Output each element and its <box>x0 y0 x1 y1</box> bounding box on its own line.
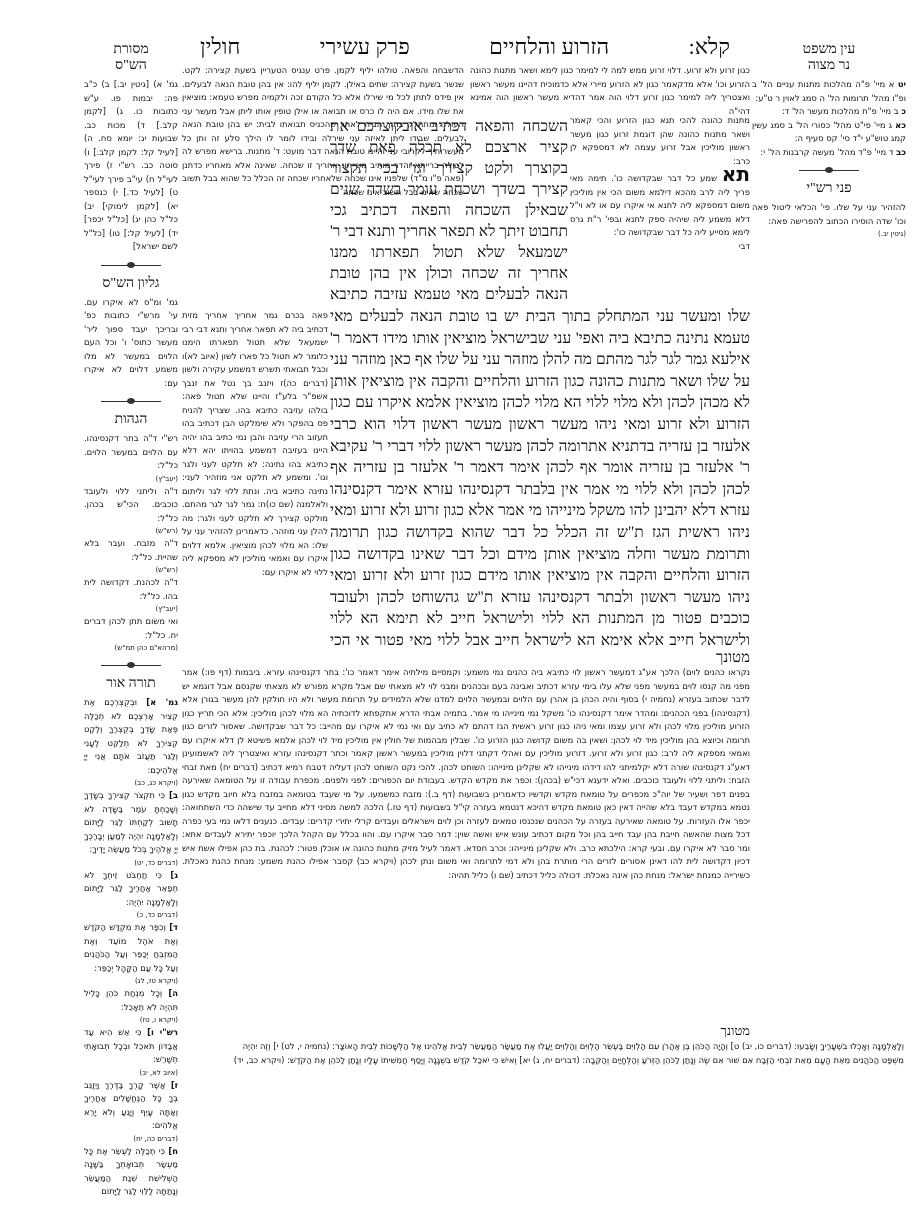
title-line: מסורת <box>84 42 178 58</box>
chapter-number: פרק עשירי <box>310 34 420 60</box>
tosafot-top: כגון זרוע ולא זרוע. דלוי זרוע ממש למה לי… <box>470 64 750 114</box>
ein-mishpat-entry: כ ב מיי' פ"ח מהלכות מעשר הל' ד: <box>752 105 906 119</box>
verse-text: כִּי תַחְבֹּט זֵיתְךָ לֹא תְפַאֵר אַחֲרֶ… <box>84 870 178 907</box>
verse-text: וּבְקֻצְרְכֶם אֶת קְצִיר אַרְצְכֶם לֹא ת… <box>84 697 178 775</box>
verse-text: אֲשֶׁר קָרְךָ בַּדֶּרֶךְ וַיְזַנֵּב בְּך… <box>84 1080 178 1131</box>
dibbur-hamatchil: תא <box>722 162 750 186</box>
verse-source: (ויקרא ו, טז) <box>84 1014 178 1026</box>
hagahot-source: (יעב"ץ) <box>84 603 178 615</box>
hagahot-entry: ד"ה לכהנת. דקדושה לית בהו. כל"ל:(יעב"ץ) <box>84 576 178 615</box>
entry-text: ד מיי' פ"ד מהל' מעשה קרבנות הל' י: <box>760 147 893 157</box>
hagahot-entry: רש"י ד"ה בתר דקנסינהו. עם הלוים במעשר הל… <box>84 432 178 485</box>
pnei-rashi-text: להזהיר עני על שלו. פי' הכלאי ליטול פאה ו… <box>752 201 906 228</box>
verse-text: וְכִפֶּר אֶת מִקְדַּשׁ הַקֹּדֶשׁ וְאֶת א… <box>84 922 178 973</box>
verse-mark: רש"י ו] <box>147 1027 178 1037</box>
footer-line: מִשְׁפַּט הַכֹּהֲנִים מֵאֵת הָעָם מֵאֵת … <box>84 1054 904 1068</box>
tosafot-side: מתנות כהונה להכי תנא כגון הזרוע והכי קאמ… <box>570 114 750 300</box>
entry-mark: כא <box>895 120 906 130</box>
title-line: עין משפט <box>752 42 906 58</box>
verse-source: (ויקרא כג, כב) <box>84 777 178 789</box>
masoret-text: גמ' א) [גיטין יב.] ב) כ"ב פה: יבמות פו. … <box>84 78 178 254</box>
ornament-divider <box>799 165 859 175</box>
verse-source: (דברים כד, כ) <box>84 909 178 921</box>
torah-or-entry: ג] כִּי תַחְבֹּט זֵיתְךָ לֹא תְפַאֵר אַח… <box>84 869 178 922</box>
torah-or-entry: ח] כִּי תְכַלֶּה לַעְשֵׂר אֶת כָּל מַעְש… <box>84 1145 178 1199</box>
verse-mark: ד] <box>169 922 178 932</box>
commentary-bottom: נקראו כהנים לוים) הלכך אע"ג דמעשר ראשון … <box>182 666 750 1026</box>
gemara-text-main: שלו ומעשר עני המתחלק בתוך הבית יש בו טוב… <box>330 306 750 652</box>
hagahot-text: ד"ה לכהנת. דקדושה לית בהו. כל"ל: <box>84 577 178 601</box>
chapter-name: הזרוע והלחיים <box>479 34 619 60</box>
tosafot-continuation: דבי <box>570 240 750 254</box>
torah-or-entry: ב] כִּי תִקְצֹר קְצִירְךָ בְשָׂדֶךָ וְשָ… <box>84 789 178 869</box>
entry-mark: כב <box>896 147 906 157</box>
ein-mishpat-entry: יט א מיי' פ"ה מהלכות מתנות עניים הל' ב ו… <box>752 78 906 105</box>
verse-source: (דברים כד, יט) <box>84 857 178 869</box>
tosafot-text: כגון זרוע ולא זרוע. דלוי זרוע ממש למה לי… <box>470 65 750 114</box>
verse-source: (ויקרא טז, לג) <box>84 975 178 987</box>
ein-mishpat-entry: כב ד מיי' פ"ד מהל' מעשה קרבנות הל' י: <box>752 146 906 160</box>
verse-text: וְכָל מִנְחַת כֹּהֵן כָּלִיל תִּהְיֶה לֹ… <box>84 988 178 1012</box>
verse-mark: ח] <box>168 1146 178 1156</box>
hagahot-entry: ואי משום תתן לכהן דברים יח. כל"ל:(מרהא"ם… <box>84 615 178 654</box>
entry-mark: כ <box>901 106 906 116</box>
hagahot-entry: ד"ה וליתני ללוי ולעובד כוכבים. הכי"ש בכה… <box>84 485 178 538</box>
ornament-divider <box>101 396 161 406</box>
torah-or-entry: ד] וְכִפֶּר אֶת מִקְדַּשׁ הַקֹּדֶשׁ וְאֶ… <box>84 921 178 987</box>
verse-mark: ג] <box>170 870 178 880</box>
commentary-catchword: מטונך <box>700 1023 750 1039</box>
gilyon-text: גמ' ומ"ס לא איקרו עם. עי' מרש"י כתובות כ… <box>84 296 178 391</box>
title-line: הש"ס <box>84 58 178 74</box>
entry-text: ג מיי' פי"ט מהל' כסורי הל' ב סמג עשין קמ… <box>752 120 906 144</box>
hagahot-source: (רש"ש) <box>84 564 178 576</box>
hagahot-title: הגהות <box>84 412 178 428</box>
tosafot-entry: תא שמע כל דבר שבקדושה כו'. תימה מאי פריך… <box>570 168 750 240</box>
verse-text: כִּי תִקְצֹר קְצִירְךָ בְשָׂדֶךָ וְשָׁכַ… <box>84 790 178 854</box>
hagahot-text: ד"ה מזבח. ועבר בלא שהיית. כל"ל: <box>84 538 178 562</box>
hagahot-source: (יעב"ץ) <box>84 473 178 485</box>
ein-mishpat-entry: כא ג מיי' פי"ט מהל' כסורי הל' ב סמג עשין… <box>752 119 906 146</box>
verse-mark: ב] <box>169 790 178 800</box>
gemara-text: שלו ומעשר עני המתחלק בתוך הבית יש בו טוב… <box>330 308 750 652</box>
verse-text: כִּי תְכַלֶּה לַעְשֵׂר אֶת כָּל מַעְשַׂר… <box>84 1146 178 1197</box>
masoret-column: מסורת הש"ס גמ' א) [גיטין יב.] ב) כ"ב פה:… <box>84 40 178 1199</box>
ein-mishpat-column: עין משפט נר מצוה יט א מיי' פ"ה מהלכות מת… <box>752 40 906 240</box>
verse-mark: ה] <box>168 988 178 998</box>
verse-mark: גמ' א] <box>146 697 178 707</box>
masoret-title: מסורת הש"ס <box>84 42 178 74</box>
gemara-catchword: מטונך <box>330 650 750 667</box>
ornament-divider <box>101 660 161 670</box>
hagahot-source: (רש"ש) <box>84 525 178 537</box>
footer-line: וְלָאַלְמָנָה וְאָכְלוּ בִשְׁעָרֶיךָ וְש… <box>84 1040 904 1054</box>
entry-text: ב מיי' פ"ח מהלכות מעשר הל' ד: <box>782 106 899 116</box>
pnei-rashi-source: (גיטין יב.) <box>752 228 906 240</box>
entry-text: א מיי' פ"ה מהלכות מתנות עניים הל' ב ופ"ו… <box>752 79 906 103</box>
gilyon-title: גליון הש"ס <box>84 276 178 292</box>
title-line: נר מצוה <box>752 58 906 74</box>
verse-source: (דברים כה, יח) <box>84 1133 178 1145</box>
gemara-text-top: השכחה והפאה דכתיב אובקוצרכם את קציר ארצכ… <box>330 116 568 306</box>
torah-or-entry: גמ' א] וּבְקֻצְרְכֶם אֶת קְצִיר אַרְצְכֶ… <box>84 696 178 789</box>
pnei-rashi-title: פני רש"י <box>752 181 906 197</box>
daf-number: קלא: <box>679 34 740 60</box>
page-header: קלא: הזרוע והלחיים פרק עשירי חולין <box>190 34 740 60</box>
ein-mishpat-title: עין משפט נר מצוה <box>752 42 906 74</box>
rashi-commentary-side: פאה בכרם גמר אחריך אחריך מזית דכתיב ביה … <box>182 309 328 658</box>
tosafot-text: מתנות כהונה להכי תנא כגון הזרוע והכי קאמ… <box>570 114 750 168</box>
torah-or-entry: ה] וְכָל מִנְחַת כֹּהֵן כָּלִיל תִּהְיֶה… <box>84 987 178 1026</box>
verse-mark: ז] <box>171 1080 178 1090</box>
torah-or-title: תורה אור <box>84 676 178 692</box>
hagahot-text: רש"י ד"ה בתר דקנסינהו. עם הלוים במעשר הל… <box>84 433 178 470</box>
hagahot-text: ואי משום תתן לכהן דברים יח. כל"ל: <box>84 616 178 640</box>
hagahot-source: (מרהא"ם כהן תמ"ש) <box>84 642 178 654</box>
entry-mark: יט <box>898 79 906 89</box>
hagahot-entry: ד"ה מזבח. ועבר בלא שהיית. כל"ל:(רש"ש) <box>84 537 178 576</box>
tractate-name: חולין <box>190 34 250 60</box>
torah-or-footer: וְלָאַלְמָנָה וְאָכְלוּ בִשְׁעָרֶיךָ וְש… <box>84 1040 904 1067</box>
torah-or-entry: ז] אֲשֶׁר קָרְךָ בַּדֶּרֶךְ וַיְזַנֵּב ב… <box>84 1079 178 1145</box>
verse-source: (איוב לא, יב) <box>84 1067 178 1079</box>
hagahot-text: ד"ה וליתני ללוי ולעובד כוכבים. הכי"ש בכה… <box>84 486 178 523</box>
ornament-divider <box>101 260 161 270</box>
